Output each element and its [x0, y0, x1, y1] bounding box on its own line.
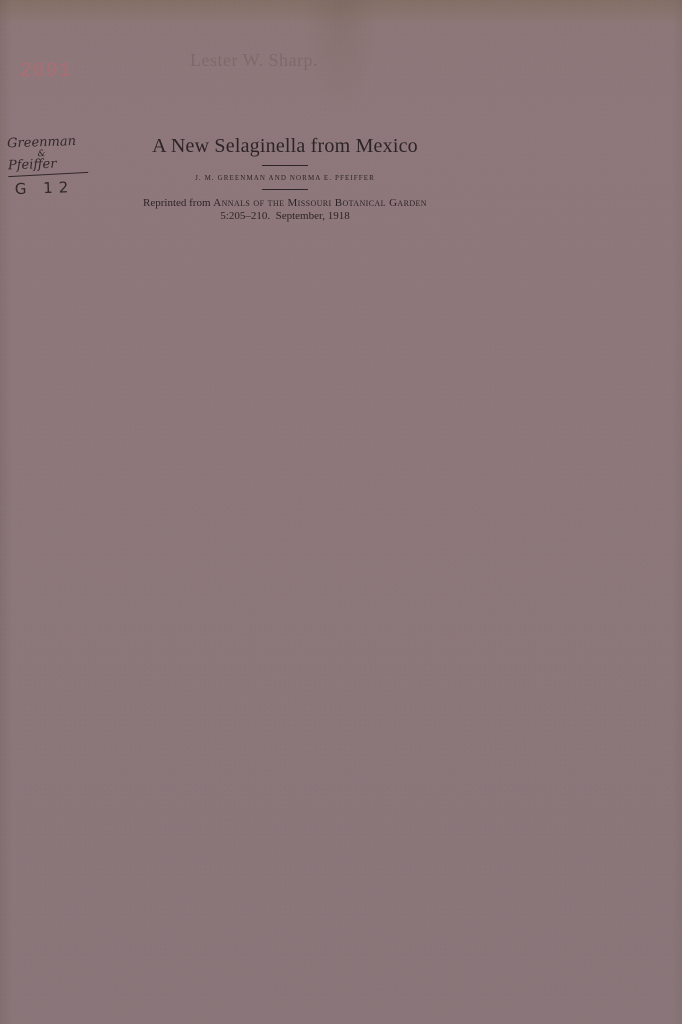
title-divider — [262, 165, 308, 166]
document-page: 2691 Lester W. Sharp. Greenman & Pfeiffe… — [0, 0, 682, 1024]
handwritten-author-1: Greenman — [7, 135, 87, 152]
journal-citation: 5:205–210. — [220, 210, 270, 222]
handwritten-annotation: Greenman & Pfeiffer G 12 — [7, 135, 89, 199]
publication-date: September, 1918 — [276, 210, 350, 222]
handwritten-shelf-code: G 12 — [14, 178, 89, 199]
authors-divider — [262, 189, 308, 190]
reprint-prefix: Reprinted from — [143, 197, 211, 209]
authors-line: J. M. Greenman and Norma E. Pfeiffer — [130, 173, 440, 183]
catalog-number-stamp: 2691 — [20, 60, 72, 83]
handwritten-author-2: Pfeiffer — [8, 157, 88, 174]
document-title: A New Selaginella from Mexico — [130, 133, 440, 159]
title-block: A New Selaginella from Mexico J. M. Gree… — [130, 133, 440, 223]
journal-name: Annals of the Missouri Botanical Garden — [213, 197, 427, 209]
owner-name-stamp: Lester W. Sharp. — [190, 50, 318, 71]
reprint-notice: Reprinted from Annals of the Missouri Bo… — [130, 197, 440, 223]
